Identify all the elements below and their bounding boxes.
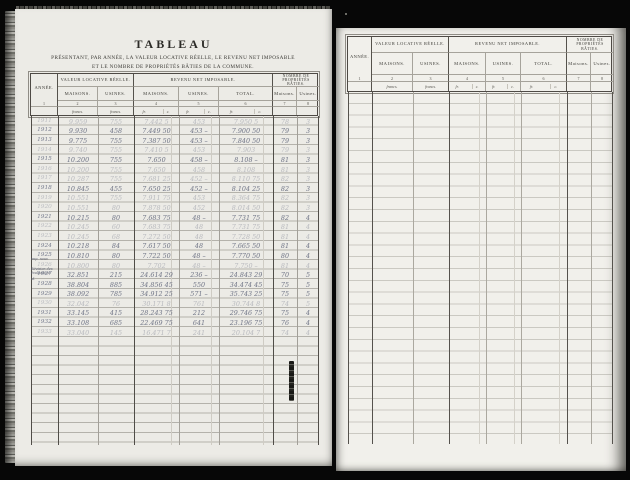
cell-rni-maisons: 7.878 50: [134, 205, 179, 211]
cell-total: 8.110 75: [219, 176, 273, 182]
cell-annee: 1918: [31, 186, 58, 192]
col-header-usines-nombre: Usines.: [297, 87, 319, 101]
cell-rni-usines: 453 –: [179, 128, 219, 134]
cell-vlr-usines: 785: [98, 291, 134, 297]
unit-fr: fr.: [230, 109, 233, 114]
cell-total: 29.746 75: [219, 310, 273, 316]
unit-blank: [567, 82, 591, 91]
cell-nombre-usines: 4: [297, 224, 319, 230]
cell-total: 34.474 45: [219, 282, 273, 288]
cell-rni-usines: 550: [179, 282, 219, 288]
cell-rni-usines: 241: [179, 330, 219, 336]
handwritten-rows: 1911 9.959 755 7.442 5 453 7.950 5 78 3: [31, 117, 319, 338]
cell-rni-usines: 452 –: [179, 186, 219, 192]
col-group-nombre-proprietes: NOMBRE DE PROPRIÉTÉS BÂTIES.: [273, 74, 319, 87]
cell-annee: 1930: [31, 301, 58, 307]
cell-nombre-maisons: 82: [273, 205, 297, 211]
cell-nombre-usines: 3: [297, 157, 319, 163]
cell-nombre-usines: 3: [297, 128, 319, 134]
cell-vlr-maisons: 32.042: [58, 301, 98, 307]
cell-vlr-maisons: 9.740: [58, 147, 98, 153]
col-number-7: 7: [567, 75, 591, 82]
cell-total: 8.104 25: [219, 186, 273, 192]
table-row: 1932 33.108 685 22.469 75 641 23.196 75 …: [31, 318, 319, 328]
cell-vlr-maisons: 10.800: [58, 263, 98, 269]
cell-rni-maisons: 34.912 25: [134, 291, 179, 297]
cell-rni-maisons: 7.911 75: [134, 195, 179, 201]
cell-total: 8.364 75: [219, 195, 273, 201]
col-header-usines-vlr: USINES.: [413, 53, 449, 75]
cell-vlr-maisons: 9.930: [58, 128, 98, 134]
table-row: 1931 33.145 415 28.243 75 212 29.746 75 …: [31, 309, 319, 319]
col-number-8: 8: [591, 75, 613, 82]
left-page: TABLEAU PRÉSENTANT, PAR ANNÉE, LA VALEUR…: [15, 9, 332, 466]
col-header-usines-rni: USINES.: [179, 87, 219, 101]
cell-vlr-usines: 215: [98, 272, 134, 278]
cell-rni-maisons: 28.243 75: [134, 310, 179, 316]
cell-vlr-maisons: 9.775: [58, 138, 98, 144]
cell-rni-usines: 48 –: [179, 253, 219, 259]
cell-margin-note: imp. nouv.: [31, 258, 57, 262]
unit-blank: [348, 82, 372, 91]
col-group-valeur-locative: VALEUR LOCATIVE RÉELLE.: [58, 74, 134, 87]
cell-rni-maisons: 7.387 50: [134, 138, 179, 144]
cell-total: 20.104 7: [219, 330, 273, 336]
col-header-maisons-nombre: Maisons.: [567, 53, 591, 75]
cell-vlr-usines: 84: [98, 243, 134, 249]
table-row: 1933 33.040 145 16.471 7 241 20.104 7 74…: [31, 328, 319, 338]
cell-rni-usines: 453: [179, 119, 219, 125]
cell-vlr-usines: 685: [98, 320, 134, 326]
unit-francs-usines: francs.: [413, 82, 449, 91]
unit-blank: [591, 82, 613, 91]
cell-rni-maisons: 16.471 7: [134, 330, 179, 336]
cell-vlr-usines: 458: [98, 128, 134, 134]
cell-rni-maisons: 7.650: [134, 167, 179, 173]
unit-c: c.: [204, 109, 211, 114]
cell-rni-usines: 236 –: [179, 272, 219, 278]
cell-vlr-maisons: 38.092: [58, 291, 98, 297]
cell-rni-maisons: 7.722 50: [134, 253, 179, 259]
col-group-valeur-locative: VALEUR LOCATIVE RÉELLE.: [372, 37, 449, 53]
unit-fr: fr.: [455, 84, 458, 89]
cell-total: 7.840 50: [219, 138, 273, 144]
cell-rni-maisons: 7.410 5: [134, 147, 179, 153]
cell-total: 24.843 29: [219, 272, 273, 278]
cell-vlr-maisons: 33.145: [58, 310, 98, 316]
cell-vlr-usines: 885: [98, 282, 134, 288]
unit-francs-maisons: francs.: [372, 82, 413, 91]
cell-vlr-usines: 145: [98, 330, 134, 336]
cell-total: 7.900 50: [219, 128, 273, 134]
cell-nombre-usines: 4: [297, 330, 319, 336]
cell-annee: 1924: [31, 244, 58, 250]
cell-rni-usines: 452: [179, 205, 219, 211]
table-row: 1918 10.845 455 7.650 25 452 – 8.104 25 …: [31, 184, 319, 194]
cell-rni-usines: 453 –: [179, 138, 219, 144]
left-table: ANNÉE. VALEUR LOCATIVE RÉELLE. REVENU NE…: [30, 73, 318, 445]
spine-stamp: [289, 361, 294, 401]
cell-rni-maisons: 7.650 25: [134, 186, 179, 192]
cell-vlr-usines: 80: [98, 205, 134, 211]
cell-vlr-usines: 755: [98, 176, 134, 182]
cell-nombre-maisons: 81: [273, 167, 297, 173]
cell-nombre-maisons: 75: [273, 310, 297, 316]
cell-vlr-maisons: 10.215: [58, 215, 98, 221]
cell-nombre-usines: 4: [297, 310, 319, 316]
unit-francs-maisons: francs.: [58, 107, 98, 115]
right-table: ANNÉE. VALEUR LOCATIVE RÉELLE. REVENU NE…: [347, 36, 612, 444]
cell-annee: 1917: [31, 176, 58, 182]
cell-nombre-usines: 3: [297, 147, 319, 153]
subtitle-line-2: ET LE NOMBRE DE PROPRIÉTÉS BÂTIES DE LA …: [23, 65, 323, 70]
unit-c: c.: [550, 84, 557, 89]
col-group-revenu-net: REVENU NET IMPOSABLE.: [449, 37, 567, 53]
col-number-6: 6: [521, 75, 567, 82]
cell-vlr-usines: 80: [98, 263, 134, 269]
cell-annee: 1931: [31, 311, 58, 317]
cell-rni-usines: 48 –: [179, 215, 219, 221]
cell-vlr-maisons: 10.218: [58, 243, 98, 249]
cell-vlr-usines: 455: [98, 186, 134, 192]
cell-total: 7.770 50: [219, 253, 273, 259]
cell-vlr-usines: 80: [98, 253, 134, 259]
table-row: 1919 10.551 755 7.911 75 453 8.364 75 82…: [31, 194, 319, 204]
unit-blank: [273, 107, 297, 115]
unit-fr-c-total: fr. c.: [219, 107, 273, 115]
right-page: ANNÉE. VALEUR LOCATIVE RÉELLE. REVENU NE…: [336, 28, 626, 471]
unit-c: c.: [163, 109, 170, 114]
cell-rni-maisons: 22.469 75: [134, 320, 179, 326]
cell-vlr-maisons: 10.200: [58, 167, 98, 173]
cell-nombre-usines: 4: [297, 263, 319, 269]
cell-rni-usines: 212: [179, 310, 219, 316]
col-header-total: TOTAL.: [219, 87, 273, 101]
cell-vlr-maisons: 10.245: [58, 224, 98, 230]
table-row: 1914 9.740 755 7.410 5 453 7.903 79 3: [31, 146, 319, 156]
cell-vlr-maisons: 10.845: [58, 186, 98, 192]
cell-annee: 1922: [31, 224, 58, 230]
col-group-revenu-net: REVENU NET IMPOSABLE.: [134, 74, 273, 87]
cell-nombre-usines: 5: [297, 282, 319, 288]
cell-vlr-usines: 755: [98, 119, 134, 125]
cell-nombre-usines: 3: [297, 205, 319, 211]
unit-blank: [31, 107, 58, 115]
cell-rni-maisons: 7.702: [134, 263, 179, 269]
cell-total: 8.108: [219, 167, 273, 173]
cell-margin-note: id.: [31, 278, 57, 282]
unit-fr: fr.: [492, 84, 495, 89]
cell-nombre-maisons: 81: [273, 243, 297, 249]
cell-annee: 1913: [31, 138, 58, 144]
scanned-register-spread: TABLEAU PRÉSENTANT, PAR ANNÉE, LA VALEUR…: [0, 0, 630, 480]
cell-rni-usines: 453: [179, 147, 219, 153]
cell-vlr-usines: 415: [98, 310, 134, 316]
cell-nombre-usines: 3: [297, 176, 319, 182]
cell-total: 7.665 50: [219, 243, 273, 249]
cell-nombre-maisons: 75: [273, 282, 297, 288]
cell-rni-usines: 48 –: [179, 263, 219, 269]
cell-nombre-usines: 3: [297, 138, 319, 144]
unit-blank: [297, 107, 319, 115]
cell-nombre-maisons: 79: [273, 128, 297, 134]
cell-rni-maisons: 7.449 50: [134, 128, 179, 134]
cell-vlr-maisons: 10.551: [58, 205, 98, 211]
cell-nombre-maisons: 76: [273, 320, 297, 326]
cell-total: 30.744 8: [219, 301, 273, 307]
cell-rni-usines: 453: [179, 195, 219, 201]
cell-nombre-maisons: 74: [273, 301, 297, 307]
cell-nombre-maisons: 82: [273, 186, 297, 192]
table-row: 1929 38.092 785 34.912 25 571 – 35.743 2…: [31, 290, 319, 300]
subtitle-line-1: PRÉSENTANT, PAR ANNÉE, LA VALEUR LOCATIV…: [23, 56, 323, 61]
dust-specks: [345, 13, 347, 15]
cell-total: 23.196 75: [219, 320, 273, 326]
cell-nombre-maisons: 82: [273, 195, 297, 201]
right-table-header: ANNÉE. VALEUR LOCATIVE RÉELLE. REVENU NE…: [347, 36, 612, 92]
table-row: 1926 10.800 80 7.702 48 – 7.750 – 81 4 i…: [31, 261, 319, 271]
cell-rni-maisons: 7.650: [134, 157, 179, 163]
cell-rni-maisons: 7.681 25: [134, 176, 179, 182]
unit-fr: fr.: [186, 109, 189, 114]
table-row: 1911 9.959 755 7.442 5 453 7.950 5 78 3: [31, 117, 319, 127]
cell-total: 7.731 75: [219, 224, 273, 230]
cell-nombre-maisons: 80: [273, 253, 297, 259]
cell-annee: 1928: [31, 282, 58, 288]
unit-fr: fr.: [142, 109, 145, 114]
left-table-body: 1911 9.959 755 7.442 5 453 7.950 5 78 3: [31, 116, 319, 445]
cell-rni-maisons: 7.683 75: [134, 224, 179, 230]
unit-fr-c-usines: fr. c.: [179, 107, 219, 115]
cell-rni-maisons: 7.442 5: [134, 119, 179, 125]
table-row: 1927 32.851 215 24.614 29 236 – 24.843 2…: [31, 271, 319, 281]
table-row: 1912 9.930 458 7.449 50 453 – 7.900 50 7…: [31, 127, 319, 137]
table-row: 1922 10.245 60 7.683 75 48 7.731 75 81 4: [31, 223, 319, 233]
cell-annee: 1912: [31, 128, 58, 134]
cell-nombre-usines: 3: [297, 186, 319, 192]
cell-nombre-maisons: 75: [273, 291, 297, 297]
cell-total: 35.743 25: [219, 291, 273, 297]
cell-nombre-maisons: 79: [273, 147, 297, 153]
cell-vlr-maisons: 10.551: [58, 195, 98, 201]
cell-annee: 1920: [31, 205, 58, 211]
cell-rni-maisons: 7.272 50: [134, 234, 179, 240]
cell-rni-usines: 452 –: [179, 176, 219, 182]
col-header-maisons-rni: MAISONS.: [449, 53, 486, 75]
cell-vlr-usines: 755: [98, 195, 134, 201]
cell-vlr-maisons: 33.108: [58, 320, 98, 326]
cell-nombre-usines: 5: [297, 291, 319, 297]
cell-nombre-usines: 4: [297, 215, 319, 221]
cell-vlr-usines: 76: [98, 301, 134, 307]
cell-annee: 1915: [31, 157, 58, 163]
cell-rni-maisons: 7.617 50: [134, 243, 179, 249]
cell-vlr-usines: 755: [98, 157, 134, 163]
unit-fr: fr.: [530, 84, 533, 89]
unit-francs-usines: francs.: [98, 107, 134, 115]
cell-annee: 1932: [31, 320, 58, 326]
cell-rni-usines: 571 –: [179, 291, 219, 297]
cell-annee: 1923: [31, 234, 58, 240]
unit-fr-c-maisons: fr. c.: [134, 107, 179, 115]
table-row: 1920 10.551 80 7.878 50 452 8.014 50 82 …: [31, 203, 319, 213]
unit-c: c.: [254, 109, 261, 114]
cell-rni-usines: 641: [179, 320, 219, 326]
col-header-usines-rni: USINES.: [486, 53, 521, 75]
cell-annee: 1916: [31, 167, 58, 173]
unit-c: c.: [472, 84, 479, 89]
col-number-2: 2: [372, 75, 413, 82]
col-header-annee: ANNÉE.: [348, 37, 372, 75]
table-row: 1925 10.810 80 7.722 50 48 – 7.770 50 80…: [31, 251, 319, 261]
cell-nombre-usines: 5: [297, 301, 319, 307]
col-group-nombre-proprietes: NOMBRE DE PROPRIÉTÉS BÂTIES.: [567, 37, 613, 53]
col-header-maisons-vlr: MAISONS.: [372, 53, 413, 75]
cell-annee: 1921: [31, 215, 58, 221]
col-header-maisons-rni: MAISONS.: [134, 87, 179, 101]
cell-vlr-maisons: 10.245: [58, 234, 98, 240]
col-header-total: TOTAL.: [521, 53, 567, 75]
cell-vlr-usines: 755: [98, 138, 134, 144]
cell-rni-maisons: 30.171 8: [134, 301, 179, 307]
cell-nombre-maisons: 81: [273, 224, 297, 230]
table-row: 1923 10.245 68 7.272 50 48 7.728 50 81 4: [31, 232, 319, 242]
table-row: 1930 32.042 76 30.171 8 761 30.744 8 74 …: [31, 299, 319, 309]
cell-nombre-maisons: 74: [273, 330, 297, 336]
cell-vlr-maisons: 9.959: [58, 119, 98, 125]
left-table-header: ANNÉE. VALEUR LOCATIVE RÉELLE. REVENU NE…: [30, 73, 318, 116]
col-header-annee: ANNÉE.: [31, 74, 58, 101]
cell-vlr-maisons: 10.810: [58, 253, 98, 259]
col-header-maisons-nombre: Maisons.: [273, 87, 297, 101]
unit-fr-c-maisons: fr. c.: [449, 82, 486, 91]
cell-nombre-maisons: 82: [273, 176, 297, 182]
table-row: 1916 10.200 755 7.650 458 8.108 81 3: [31, 165, 319, 175]
col-header-maisons-vlr: MAISONS.: [58, 87, 98, 101]
cell-rni-usines: 48: [179, 234, 219, 240]
cell-annee: 1914: [31, 148, 58, 154]
cell-rni-usines: 48: [179, 224, 219, 230]
cell-nombre-maisons: 82: [273, 215, 297, 221]
cell-rni-usines: 458 –: [179, 157, 219, 163]
table-row: 1921 10.215 80 7.683 75 48 – 7.731 75 82…: [31, 213, 319, 223]
cell-nombre-usines: 4: [297, 320, 319, 326]
cell-vlr-usines: 60: [98, 224, 134, 230]
cell-nombre-usines: 4: [297, 253, 319, 259]
cell-vlr-maisons: 38.804: [58, 282, 98, 288]
cell-total: 7.728 50: [219, 234, 273, 240]
cell-vlr-usines: 80: [98, 215, 134, 221]
cell-total: 8.108 –: [219, 157, 273, 163]
cell-nombre-usines: 3: [297, 119, 319, 125]
cell-rni-maisons: 7.683 75: [134, 215, 179, 221]
table-row: 1924 10.218 84 7.617 50 48 7.665 50 81 4: [31, 242, 319, 252]
cell-nombre-usines: 4: [297, 234, 319, 240]
cell-nombre-usines: 3: [297, 195, 319, 201]
cell-total: 7.731 75: [219, 215, 273, 221]
cell-vlr-usines: 755: [98, 167, 134, 173]
cell-annee: 1933: [31, 330, 58, 336]
unit-fr-c-usines: fr. c.: [486, 82, 521, 91]
cell-margin-note: Révision des évaluations: [31, 268, 57, 275]
unit-c: c.: [507, 84, 514, 89]
right-table-body: [348, 92, 613, 444]
col-number-1: 1: [348, 75, 372, 82]
cell-rni-usines: 761: [179, 301, 219, 307]
cell-total: 8.014 50: [219, 205, 273, 211]
cell-nombre-maisons: 79: [273, 138, 297, 144]
cell-vlr-maisons: 33.040: [58, 330, 98, 336]
cell-vlr-usines: 755: [98, 147, 134, 153]
col-header-usines-vlr: USINES.: [98, 87, 134, 101]
cell-vlr-maisons: 32.851: [58, 272, 98, 278]
col-number-3: 3: [413, 75, 449, 82]
cell-annee: 1929: [31, 292, 58, 298]
cell-nombre-maisons: 70: [273, 272, 297, 278]
col-header-usines-nombre: Usines.: [591, 53, 613, 75]
cell-nombre-usines: 3: [297, 167, 319, 173]
cell-rni-maisons: 24.614 29: [134, 272, 179, 278]
cell-nombre-usines: 5: [297, 272, 319, 278]
cell-rni-maisons: 34.856 45: [134, 282, 179, 288]
cell-nombre-maisons: 78: [273, 119, 297, 125]
page-title: TABLEAU: [15, 37, 332, 52]
table-row: 1915 10.200 755 7.650 458 – 8.108 – 81 3: [31, 155, 319, 165]
table-row: 1917 10.287 755 7.681 25 452 – 8.110 75 …: [31, 175, 319, 185]
unit-fr-c-total: fr. c.: [521, 82, 567, 91]
table-row: 1913 9.775 755 7.387 50 453 – 7.840 50 7…: [31, 136, 319, 146]
cell-total: 7.750 –: [219, 263, 273, 269]
cell-rni-usines: 48: [179, 243, 219, 249]
cell-nombre-usines: 4: [297, 243, 319, 249]
cell-rni-usines: 458: [179, 167, 219, 173]
cell-annee: 1919: [31, 196, 58, 202]
cell-total: 7.903: [219, 147, 273, 153]
cell-vlr-maisons: 10.200: [58, 157, 98, 163]
cell-vlr-maisons: 10.287: [58, 176, 98, 182]
cell-nombre-maisons: 81: [273, 234, 297, 240]
cell-vlr-usines: 68: [98, 234, 134, 240]
col-number-4: 4: [449, 75, 486, 82]
cell-nombre-maisons: 81: [273, 157, 297, 163]
table-row: 1928 38.804 885 34.856 45 550 34.474 45 …: [31, 280, 319, 290]
cell-total: 7.950 5: [219, 119, 273, 125]
cell-annee: 1911: [31, 119, 58, 125]
col-number-5: 5: [486, 75, 521, 82]
cell-nombre-maisons: 81: [273, 263, 297, 269]
